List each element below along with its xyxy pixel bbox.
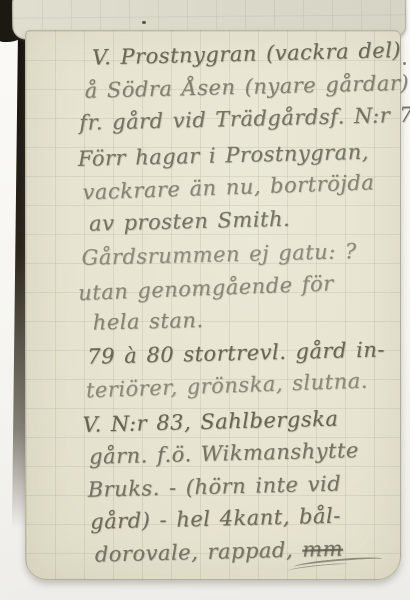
notebook-photo: V. Prostnygran (vackra del) å Södra Åsen… (0, 0, 410, 600)
handwritten-line: av prosten Smith. (89, 200, 394, 240)
ink-speck (142, 21, 146, 24)
crossed-out-word: mm (302, 536, 343, 561)
ink-speck (403, 62, 406, 65)
handwritten-line-text: dorovale, rappad, (94, 537, 293, 566)
handwritten-line: hela stan. (92, 299, 395, 339)
notebook-page: V. Prostnygran (vackra del) å Södra Åsen… (25, 30, 401, 580)
handwritten-note: V. Prostnygran (vackra del) å Södra Åsen… (26, 25, 403, 570)
handwritten-line: fr. gård vid Trädgårdsf. N:r 75. (79, 99, 392, 139)
